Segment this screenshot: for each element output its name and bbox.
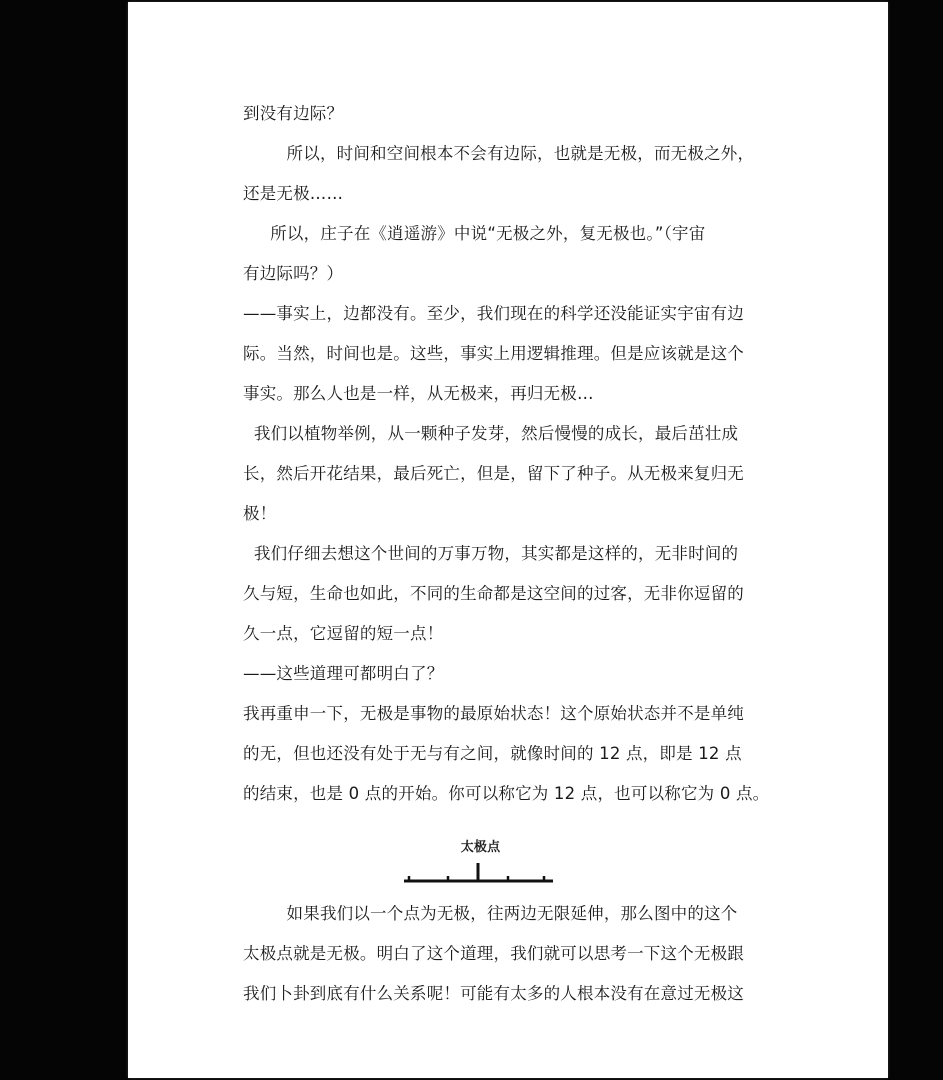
text-line: 我们以植物举例，从一颗种子发芽，然后慢慢的成长，最后茁壮成 [243,414,778,454]
text-line: 的结束，也是 0 点的开始。你可以称它为 12 点，也可以称它为 0 点。 [243,774,778,814]
text-line: 我们卜卦到底有什么关系呢！可能有太多的人根本没有在意过无极这 [243,974,778,1014]
text-line: 还是无极…… [243,174,778,214]
text-line: ——事实上，边都没有。至少，我们现在的科学还没能证实宇宙有边 [243,294,778,334]
text-line: 久一点，它逗留的短一点！ [243,614,778,654]
text-line: 所以，庄子在《逍遥游》中说“无极之外，复无极也。”（宇宙 [243,214,778,254]
text-line: 到没有边际？ [243,94,778,134]
text-line: 事实。那么人也是一样，从无极来，再归无极… [243,374,778,414]
taiji-point-figure: 太极点 [243,814,778,894]
text-line: 际。当然，时间也是。这些，事实上用逻辑推理。但是应该就是这个 [243,334,778,374]
text-line: 长，然后开花结果，最后死亡，但是，留下了种子。从无极来复归无 [243,454,778,494]
text-line: 所以，时间和空间根本不会有边际，也就是无极，而无极之外， [243,134,778,174]
text-line: 如果我们以一个点为无极，往两边无限延伸，那么图中的这个 [243,894,778,934]
document-viewer: 到没有边际？ 所以，时间和空间根本不会有边际，也就是无极，而无极之外， 还是无极… [0,0,943,1080]
page-body: 到没有边际？ 所以，时间和空间根本不会有边际，也就是无极，而无极之外， 还是无极… [243,94,778,1014]
text-line: 我再重申一下，无极是事物的最原始状态！这个原始状态并不是单纯 [243,694,778,734]
text-line: ——这些道理可都明白了？ [243,654,778,694]
text-line: 久与短，生命也如此，不同的生命都是这空间的过客，无非你逗留的 [243,574,778,614]
text-line: 我们仔细去想这个世间的万事万物，其实都是这样的，无非时间的 [243,534,778,574]
text-line: 极！ [243,494,778,534]
text-line: 有边际吗？） [243,254,778,294]
document-page: 到没有边际？ 所以，时间和空间根本不会有边际，也就是无极，而无极之外， 还是无极… [128,2,888,1078]
text-line: 太极点就是无极。明白了这个道理，我们就可以思考一下这个无极跟 [243,934,778,974]
text-line: 的无，但也还没有处于无与有之间，就像时间的 12 点，即是 12 点 [243,734,778,774]
number-line-icon [243,814,778,894]
